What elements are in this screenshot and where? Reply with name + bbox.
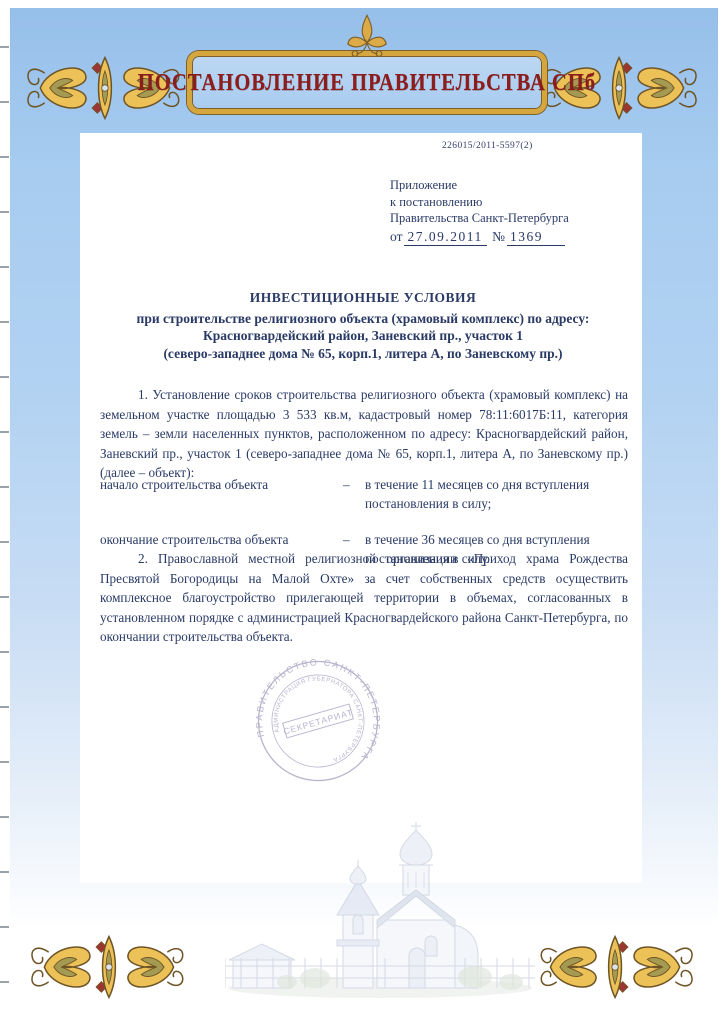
fleur-de-lis-icon <box>343 13 391 59</box>
title-banner: ПОСТАНОВЛЕНИЕ ПРАВИТЕЛЬСТВА СПб <box>187 51 547 114</box>
decree-date: 27.09.2011 <box>404 229 486 246</box>
official-stamp: ПРАВИТЕЛЬСТВО САНКТ-ПЕТЕРБУРГА АДМИНИСТР… <box>229 632 407 810</box>
banner-title: ПОСТАНОВЛЕНИЕ ПРАВИТЕЛЬСТВА СПб <box>138 68 596 98</box>
title-subline: Красногвардейский район, Заневский пр., … <box>98 327 628 345</box>
document-number: 226015/2011-5597(2) <box>442 141 533 151</box>
title-subline: (северо-западнее дома № 65, корп.1, лите… <box>98 345 628 363</box>
document-page: 226015/2011-5597(2) Приложение к постано… <box>80 133 642 883</box>
appendix-line: Правительства Санкт-Петербурга <box>390 210 569 227</box>
term-label: начало строительства объекта <box>100 475 343 513</box>
document-title: ИНВЕСТИЦИОННЫЕ УСЛОВИЯ при строительстве… <box>98 289 628 362</box>
number-sign: № <box>492 229 505 244</box>
title-subline: при строительстве религиозного объекта (… <box>98 310 628 328</box>
flourish-ornament-bottom-right <box>532 929 700 1005</box>
appendix-line: к постановлению <box>390 194 569 211</box>
stamp-outer-text: ПРАВИТЕЛЬСТВО САНКТ-ПЕТЕРБУРГА <box>239 642 394 790</box>
appendix-block: Приложение к постановлению Правительства… <box>390 177 569 245</box>
appendix-line: Приложение <box>390 177 569 194</box>
term-dash: – <box>343 475 365 513</box>
svg-text:ПРАВИТЕЛЬСТВО САНКТ-ПЕТЕРБУРГ: ПРАВИТЕЛЬСТВО САНКТ-ПЕТЕРБУРГА <box>239 642 394 790</box>
church-watermark <box>225 820 535 1010</box>
binding-edge-marks <box>0 46 9 996</box>
decree-number: 1369 <box>507 229 565 246</box>
term-value: в течение 11 месяцев со дня вступления п… <box>365 475 628 513</box>
flourish-ornament-bottom-left <box>24 929 192 1005</box>
date-prefix: от <box>390 229 402 244</box>
decree-date-line: от27.09.2011 №1369 <box>390 229 569 246</box>
title-main: ИНВЕСТИЦИОННЫЕ УСЛОВИЯ <box>98 289 628 307</box>
paragraph-1: 1. Установление сроков строительства рел… <box>100 385 628 483</box>
scanned-decree-page: ПОСТАНОВЛЕНИЕ ПРАВИТЕЛЬСТВА СПб 226015/2… <box>0 0 724 1024</box>
